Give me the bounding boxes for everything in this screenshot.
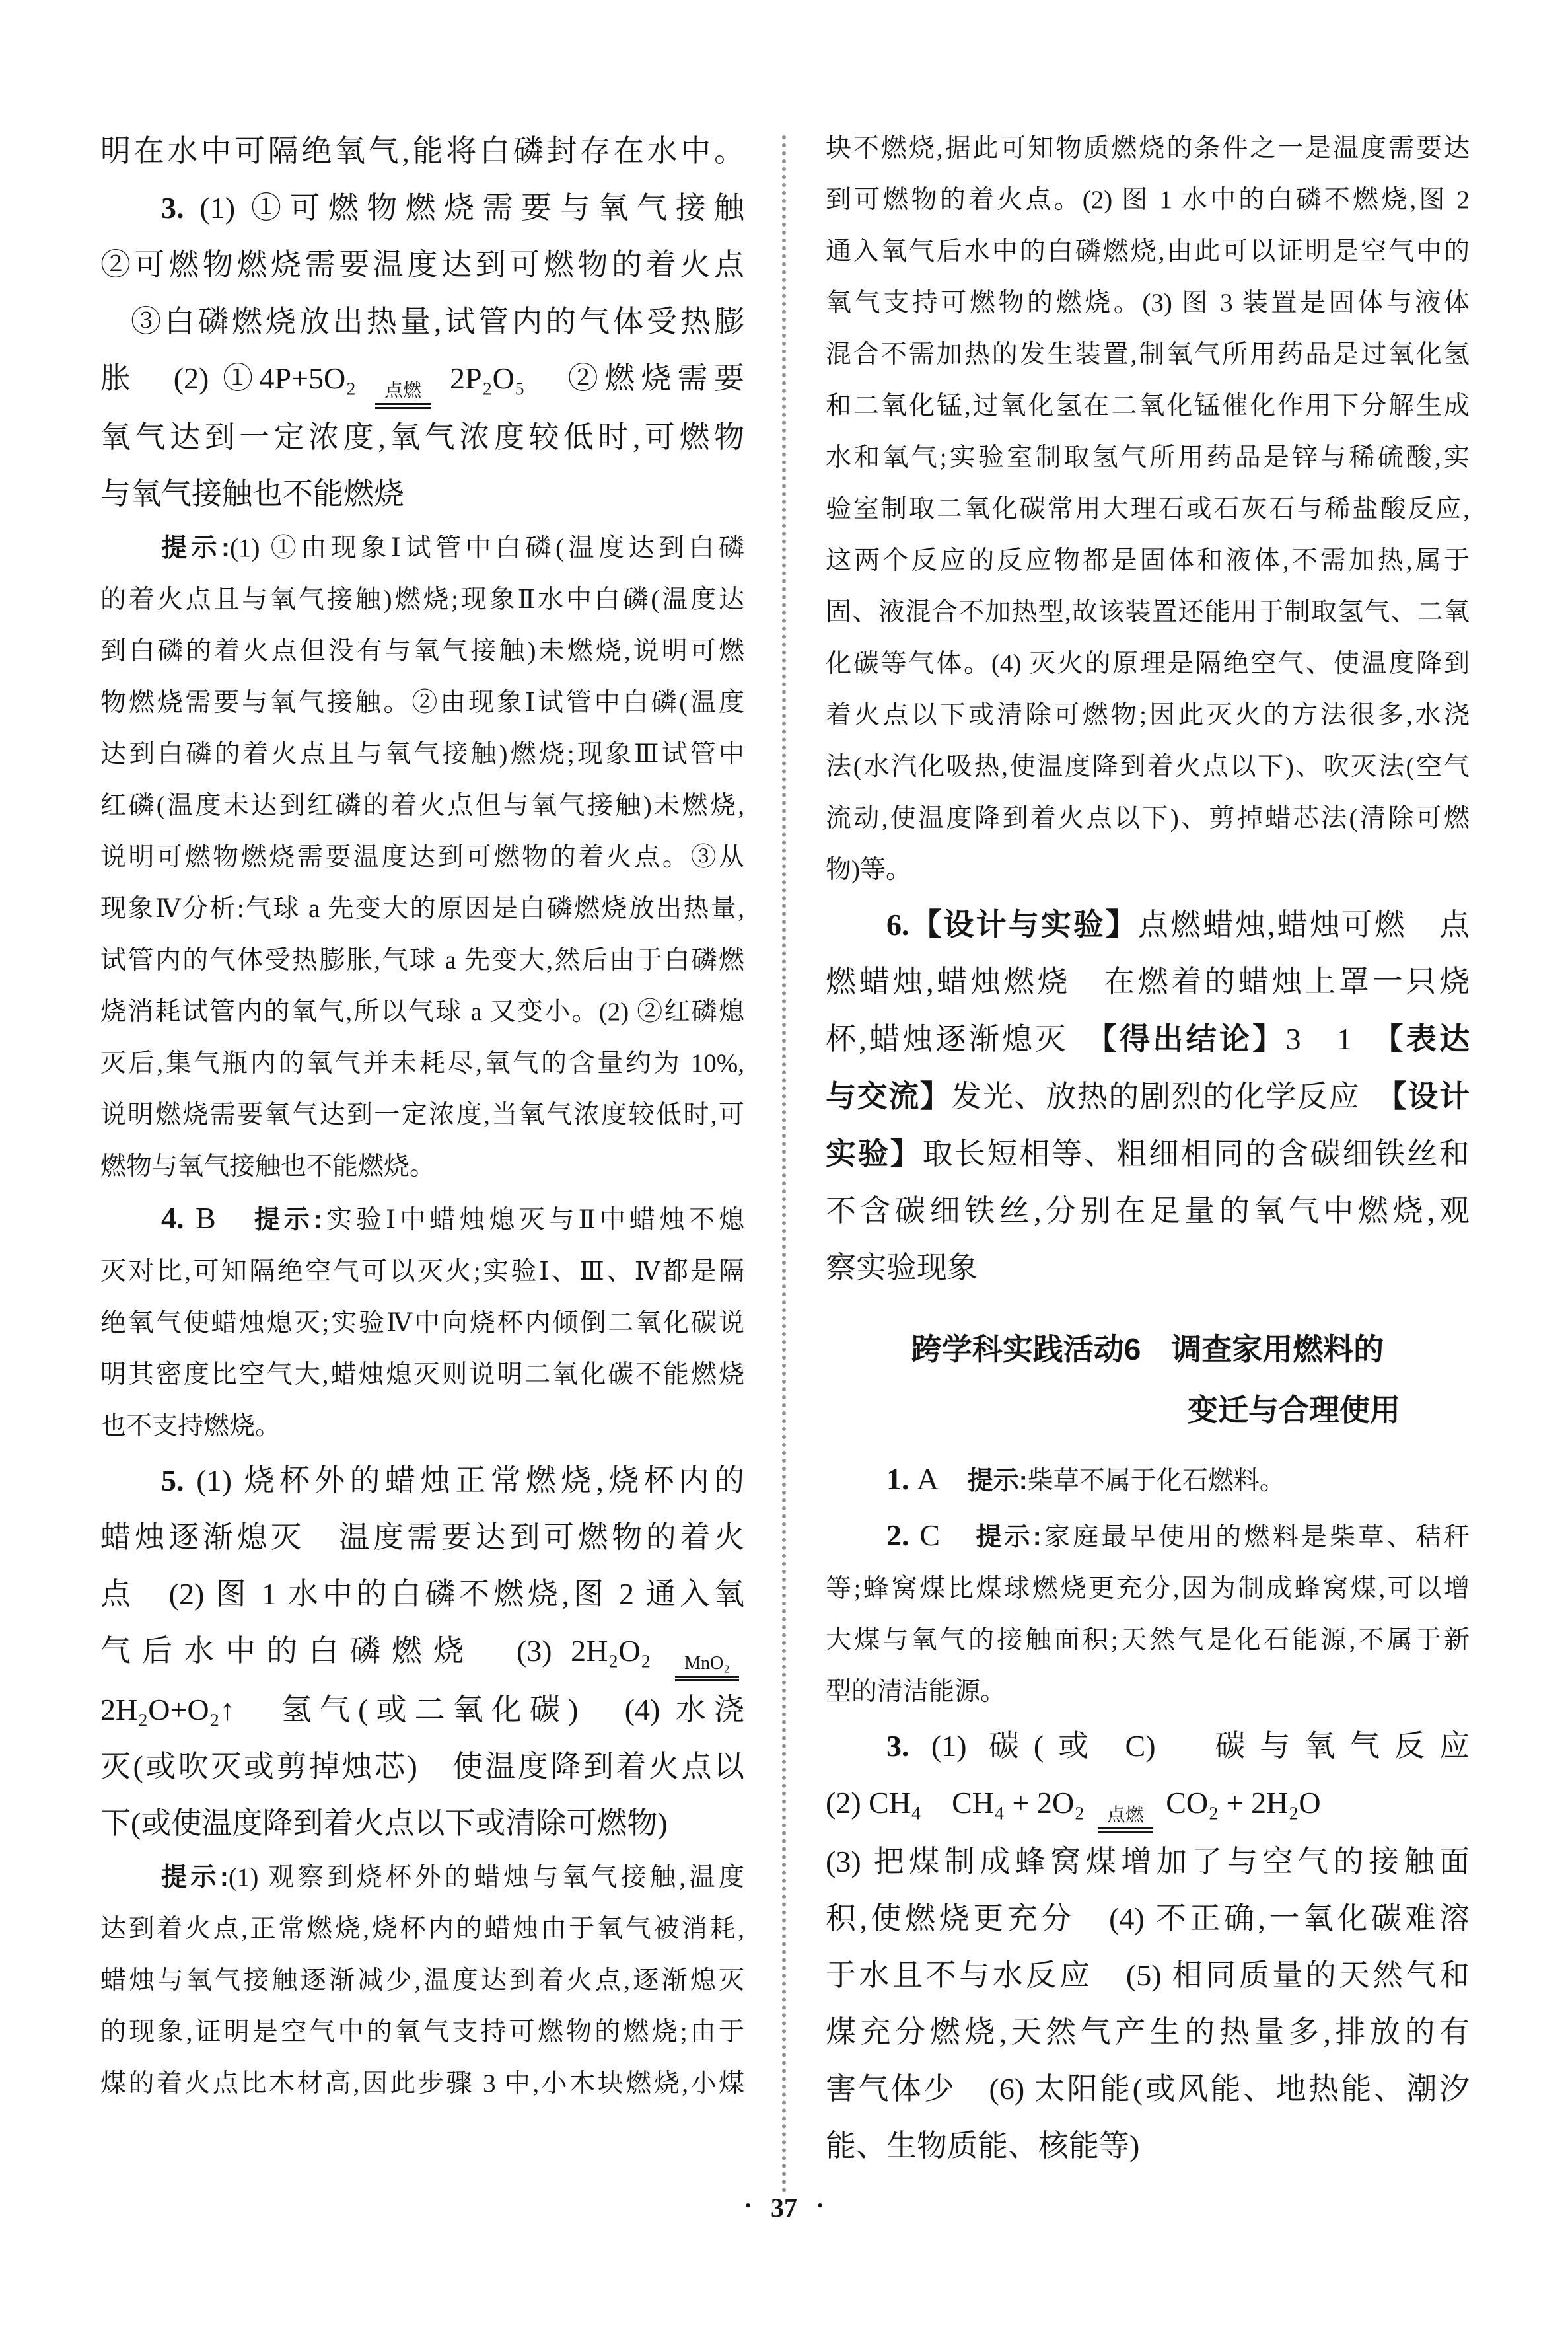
- text-segment: 氧气达到一定浓度,氧气浓度较低时,可燃物: [100, 420, 744, 454]
- text-segment: 灭对比,可知隔绝空气可以灭火;实验Ⅰ、Ⅲ、Ⅳ都是隔: [100, 1257, 744, 1286]
- text-segment: 等;蜂窝煤比煤球燃烧更充分,因为制成蜂窝煤,可以增: [826, 1574, 1470, 1603]
- text-line: 提示:(1) 观察到烧杯外的蜡烛与氧气接触,温度: [100, 1852, 744, 1903]
- text-segment: 点燃蜡烛,蜡烛可燃 点: [1138, 908, 1470, 941]
- text-line: 能、生物质能、核能等): [826, 2118, 1470, 2174]
- text-line: 说明可燃物燃烧需要温度达到可燃物的着火点。③从: [100, 832, 744, 883]
- text-segment: 燃蜡烛,蜡烛燃烧 在燃着的蜡烛上罩一只烧: [826, 965, 1470, 998]
- text-segment: 说明燃烧需要氧气达到一定浓度,当氧气浓度较低时,可: [100, 1101, 744, 1129]
- text-line: 验室制取二氧化碳常用大理石或石灰石与稀盐酸反应,: [826, 484, 1470, 535]
- bold-label-segment: 实验】: [826, 1136, 923, 1171]
- text-line: 流动,使温度降到着火点以下)、剪掉蜡芯法(清除可燃: [826, 793, 1470, 844]
- text-line: 块不燃烧,据此可知物质燃烧的条件之一是温度需要达: [826, 123, 1470, 174]
- text-segment: 达到白磷的着火点且与氧气接触)燃烧;现象Ⅲ试管中: [100, 740, 744, 768]
- text-segment: 水和氧气;实验室制取氢气所用药品是锌与稀硫酸,实: [826, 443, 1470, 472]
- text-segment: 明在水中可隔绝氧气,能将白磷封存在水中。: [100, 134, 744, 168]
- item-number: 1.: [886, 1462, 917, 1496]
- text-segment: 跨学科实践活动6 调查家用燃料的: [911, 1332, 1384, 1366]
- text-segment: 大煤与氧气的接触面积;天然气是化石能源,不属于新: [826, 1626, 1470, 1654]
- text-segment: 气后水中的白磷燃烧 (3) 2H₂O₂: [100, 1634, 670, 1668]
- text-segment: (1) 碳(或 C) 碳与氧气反应: [909, 1729, 1470, 1763]
- text-line: 2. C 提示:家庭最早使用的燃料是柴草、秸秆: [826, 1510, 1470, 1563]
- text-line: 物)等。: [826, 844, 1470, 896]
- text-segment: 固、液混合不加热型,故该装置还能用于制取氢气、二氧: [826, 598, 1470, 626]
- text-line: 燃物与氧气接触也不能燃烧。: [100, 1141, 744, 1193]
- text-segment: 物)等。: [826, 856, 911, 884]
- text-segment: 通入氧气后水中的白磷燃烧,由此可以证明是空气中的: [826, 237, 1470, 266]
- text-line: 达到白磷的着火点且与氧气接触)燃烧;现象Ⅲ试管中: [100, 729, 744, 780]
- text-segment: 点 (2) 图 1 水中的白磷不燃烧,图 2 通入氧: [100, 1577, 744, 1611]
- text-line: 明在水中可隔绝氧气,能将白磷封存在水中。: [100, 123, 744, 180]
- bold-label-segment: 提示:: [161, 534, 230, 562]
- text-line: 与氧气接触也不能燃烧: [100, 466, 744, 523]
- text-segment: 混合不需加热的发生装置,制氧气所用药品是过氧化氢: [826, 340, 1470, 369]
- text-line: 察实验现象: [826, 1239, 1470, 1296]
- text-segment: 煤的着火点比木材高,因此步骤 3 中,小木块燃烧,小煤: [100, 2069, 744, 2098]
- text-line: 型的清洁能源。: [826, 1666, 1470, 1718]
- bold-label-segment: 提示:: [161, 1863, 229, 1892]
- text-segment: (2) CH₄ CH₄ + 2O₂: [826, 1786, 1092, 1820]
- text-segment: 烧消耗试管内的氧气,所以气球 a 又变小。(2) ②红磷熄: [100, 998, 744, 1026]
- text-line: 煤充分燃烧,天然气产生的热量多,排放的有: [826, 2004, 1470, 2061]
- text-line: 燃蜡烛,蜡烛燃烧 在燃着的蜡烛上罩一只烧: [826, 953, 1470, 1010]
- text-line: 于水且不与水反应 (5) 相同质量的天然气和: [826, 1947, 1470, 2004]
- text-line: 实验】取长短相等、粗细相同的含碳细铁丝和: [826, 1125, 1470, 1183]
- text-segment: 化碳等气体。(4) 灭火的原理是隔绝空气、使温度降到: [826, 649, 1470, 678]
- text-segment: 3 1: [1285, 1022, 1388, 1056]
- text-line: 提示:(1) ①由现象Ⅰ试管中白磷(温度达到白磷: [100, 523, 744, 574]
- text-segment: 和二氧化锰,过氧化氢在二氧化锰催化作用下分解生成: [826, 392, 1470, 420]
- text-segment: 明其密度比空气大,蜡烛熄灭则说明二氧化碳不能燃烧: [100, 1360, 744, 1389]
- bold-label-segment: 提示:: [968, 1467, 1028, 1495]
- text-line: 这两个反应的反应物都是固体和液体,不需加热,属于: [826, 535, 1470, 587]
- text-line: 化碳等气体。(4) 灭火的原理是隔绝空气、使温度降到: [826, 638, 1470, 690]
- text-line: 杯,蜡烛逐渐熄灭 【得出结论】3 1 【表达: [826, 1010, 1470, 1068]
- bold-label-segment: 提示:: [976, 1523, 1041, 1551]
- text-line: 4. B 提示:实验Ⅰ中蜡烛熄灭与Ⅱ中蜡烛不熄: [100, 1193, 744, 1246]
- item-number: 2.: [886, 1518, 919, 1552]
- text-segment: 法(水汽化吸热,使温度降到着火点以下)、吹灭法(空气: [826, 753, 1470, 781]
- text-segment: ③白磷燃烧放出热量,试管内的气体受热膨: [131, 305, 744, 338]
- section-heading-line: 变迁与合理使用: [826, 1380, 1470, 1440]
- text-segment: 着火点以下或清除可燃物;因此灭火的方法很多,水浇: [826, 701, 1470, 729]
- text-segment: 取长短相等、粗细相同的含碳细铁丝和: [923, 1137, 1470, 1171]
- text-line: 胀 (2) ①4P+5O₂ 点燃 2P₂O₅ ②燃烧需要: [100, 350, 744, 409]
- text-segment: 验室制取二氧化碳常用大理石或石灰石与稀盐酸反应,: [826, 495, 1470, 523]
- text-line: 煤的着火点比木材高,因此步骤 3 中,小木块燃烧,小煤: [100, 2058, 744, 2110]
- text-segment: 这两个反应的反应物都是固体和液体,不需加热,属于: [826, 546, 1470, 575]
- text-line: 通入氧气后水中的白磷燃烧,由此可以证明是空气中的: [826, 226, 1470, 277]
- text-line: 气后水中的白磷燃烧 (3) 2H₂O₂ MnO₂: [100, 1623, 744, 1681]
- text-line: 氧气支持可燃物的燃烧。(3) 图 3 装置是固体与液体: [826, 277, 1470, 329]
- text-line: 蜡烛逐渐熄灭 温度需要达到可燃物的着火: [100, 1509, 744, 1566]
- text-line: 水和氧气;实验室制取氢气所用药品是锌与稀硫酸,实: [826, 432, 1470, 484]
- text-line: 3. (1) 碳(或 C) 碳与氧气反应: [826, 1718, 1470, 1775]
- page-footer: •37•: [0, 2192, 1568, 2223]
- text-line: ②可燃物燃烧需要温度达到可燃物的着火点: [100, 237, 744, 293]
- text-line: 1. A 提示:柴草不属于化石燃料。: [826, 1451, 1470, 1510]
- text-segment: 也不支持燃烧。: [100, 1412, 281, 1440]
- text-line: 到可燃物的着火点。(2) 图 1 水中的白磷不燃烧,图 2: [826, 174, 1470, 226]
- text-line: 达到着火点,正常燃烧,烧杯内的蜡烛由于氧气被消耗,: [100, 1903, 744, 1955]
- text-line: ③白磷燃烧放出热量,试管内的气体受热膨: [100, 293, 744, 350]
- text-segment: ②可燃物燃烧需要温度达到可燃物的着火点: [100, 248, 744, 281]
- text-line: 大煤与氧气的接触面积;天然气是化石能源,不属于新: [826, 1615, 1470, 1666]
- item-number: 3.: [886, 1729, 909, 1763]
- item-number: 6.: [886, 908, 909, 941]
- right-column: 块不燃烧,据此可知物质燃烧的条件之一是温度需要达到可燃物的着火点。(2) 图 1…: [826, 123, 1470, 2174]
- text-line: 固、液混合不加热型,故该装置还能用于制取氢气、二氧: [826, 587, 1470, 638]
- bold-label-segment: 【设计: [1392, 1079, 1470, 1113]
- text-segment: 达到着火点,正常燃烧,烧杯内的蜡烛由于氧气被消耗,: [100, 1915, 744, 1943]
- text-line: 5. (1) 烧杯外的蜡烛正常燃烧,烧杯内的: [100, 1452, 744, 1509]
- text-line: 不含碳细铁丝,分别在足量的氧气中燃烧,观: [826, 1183, 1470, 1239]
- text-line: 2H₂O+O₂↑ 氢气(或二氧化碳) (4) 水浇: [100, 1681, 744, 1738]
- text-line: (2) CH₄ CH₄ + 2O₂ 点燃 CO₂ + 2H₂O: [826, 1775, 1470, 1833]
- text-line: 灭对比,可知隔绝空气可以灭火;实验Ⅰ、Ⅲ、Ⅳ都是隔: [100, 1246, 744, 1298]
- text-line: 到白磷的着火点但没有与氧气接触)未燃烧,说明可燃: [100, 626, 744, 677]
- text-line: 红磷(温度未达到红磷的着火点但与氧气接触)未燃烧,: [100, 780, 744, 832]
- text-line: 说明燃烧需要氧气达到一定浓度,当氧气浓度较低时,可: [100, 1089, 744, 1141]
- text-segment: 到可燃物的着火点。(2) 图 1 水中的白磷不燃烧,图 2: [826, 186, 1470, 214]
- text-line: 绝氧气使蜡烛熄灭;实验Ⅳ中向烧杯内倾倒二氧化碳说: [100, 1298, 744, 1349]
- text-line: 氧气达到一定浓度,氧气浓度较低时,可燃物: [100, 409, 744, 466]
- text-segment: 型的清洁能源。: [826, 1678, 1006, 1706]
- text-segment: C: [919, 1518, 976, 1552]
- bold-label-segment: 提示:: [254, 1206, 322, 1234]
- footer-dot-right: •: [817, 2196, 823, 2215]
- text-line: (3) 把煤制成蜂窝煤增加了与空气的接触面: [826, 1833, 1470, 1890]
- text-segment: 2P₂O₅ ②燃烧需要: [436, 361, 744, 395]
- page-number: 37: [771, 2193, 797, 2223]
- text-segment: 家庭最早使用的燃料是柴草、秸秆: [1042, 1523, 1470, 1551]
- text-segment: A: [917, 1462, 968, 1496]
- text-segment: 发光、放热的剧烈的化学反应: [951, 1080, 1391, 1113]
- text-line: 与交流】发光、放热的剧烈的化学反应 【设计: [826, 1068, 1470, 1125]
- text-segment: 煤充分燃烧,天然气产生的热量多,排放的有: [826, 2015, 1470, 2049]
- text-line: 着火点以下或清除可燃物;因此灭火的方法很多,水浇: [826, 690, 1470, 741]
- text-segment: 灭(或吹灭或剪掉烛芯) 使温度降到着火点以: [100, 1750, 744, 1783]
- text-line: 3. (1) ①可燃物燃烧需要与氧气接触: [100, 180, 744, 237]
- text-segment: 块不燃烧,据此可知物质燃烧的条件之一是温度需要达: [826, 134, 1470, 163]
- text-segment: 胀 (2) ①4P+5O₂: [100, 361, 370, 395]
- text-line: 等;蜂窝煤比煤球燃烧更充分,因为制成蜂窝煤,可以增: [826, 1563, 1470, 1615]
- text-segment: 到白磷的着火点但没有与氧气接触)未燃烧,说明可燃: [100, 637, 744, 665]
- text-segment: 氧气支持可燃物的燃烧。(3) 图 3 装置是固体与液体: [826, 289, 1470, 317]
- reaction-condition-label: 点燃: [1098, 1805, 1153, 1833]
- footer-dot-left: •: [745, 2196, 751, 2215]
- text-line: 现象Ⅳ分析:气球 a 先变大的原因是白磷燃烧放出热量,: [100, 883, 744, 935]
- text-line: 混合不需加热的发生装置,制氧气所用药品是过氧化氢: [826, 329, 1470, 381]
- text-segment: 燃物与氧气接触也不能燃烧。: [100, 1152, 435, 1181]
- text-segment: 能、生物质能、核能等): [826, 2129, 1139, 2162]
- text-line: 害气体少 (6) 太阳能(或风能、地热能、潮汐: [826, 2061, 1470, 2118]
- text-segment: 变迁与合理使用: [1188, 1393, 1400, 1427]
- text-segment: 蜡烛与氧气接触逐渐减少,温度达到着火点,逐渐熄灭: [100, 1966, 744, 1995]
- text-segment: 红磷(温度未达到红磷的着火点但与氧气接触)未燃烧,: [100, 792, 744, 820]
- text-segment: 灭后,集气瓶内的氧气并未耗尽,氧气的含量约为 10%,: [100, 1049, 744, 1078]
- text-segment: (3) 把煤制成蜂窝煤增加了与空气的接触面: [826, 1845, 1470, 1878]
- answer-key-page: { "footer": { "left_dot": "•", "number":…: [0, 0, 1568, 2325]
- text-segment: 察实验现象: [826, 1251, 978, 1284]
- bold-label-segment: 【表达: [1388, 1021, 1470, 1056]
- item-number: 3.: [161, 191, 184, 225]
- text-segment: (1) ①可燃物燃烧需要与氧气接触: [184, 191, 745, 225]
- bold-label-segment: 【设计与实验】: [909, 907, 1138, 941]
- text-line: 的现象,证明是空气中的氧气支持可燃物的燃烧;由于: [100, 2007, 744, 2058]
- text-segment: 的着火点且与氧气接触)燃烧;现象Ⅱ水中白磷(温度达: [100, 585, 744, 614]
- text-segment: 杯,蜡烛逐渐熄灭: [826, 1022, 1102, 1056]
- text-line: 的着火点且与氧气接触)燃烧;现象Ⅱ水中白磷(温度达: [100, 574, 744, 626]
- text-segment: 积,使燃烧更充分 (4) 不正确,一氧化碳难溶: [826, 1901, 1470, 1935]
- text-segment: 柴草不属于化石燃料。: [1028, 1467, 1285, 1495]
- text-segment: 害气体少 (6) 太阳能(或风能、地热能、潮汐: [826, 2072, 1470, 2106]
- section-heading-line: 跨学科实践活动6 调查家用燃料的: [826, 1319, 1470, 1380]
- text-segment: 实验Ⅰ中蜡烛熄灭与Ⅱ中蜡烛不熄: [322, 1206, 744, 1234]
- text-segment: 说明可燃物燃烧需要温度达到可燃物的着火点。③从: [100, 843, 744, 871]
- text-segment: (1) 观察到烧杯外的蜡烛与氧气接触,温度: [229, 1863, 744, 1892]
- text-line: 6.【设计与实验】点燃蜡烛,蜡烛可燃 点: [826, 896, 1470, 953]
- text-line: 下(或使温度降到着火点以下或清除可燃物): [100, 1795, 744, 1852]
- reaction-condition-label: 点燃: [375, 381, 431, 409]
- text-segment: 现象Ⅳ分析:气球 a 先变大的原因是白磷燃烧放出热量,: [100, 895, 744, 923]
- text-line: 法(水汽化吸热,使温度降到着火点以下)、吹灭法(空气: [826, 741, 1470, 793]
- text-segment: 于水且不与水反应 (5) 相同质量的天然气和: [826, 1958, 1470, 1992]
- text-segment: 流动,使温度降到着火点以下)、剪掉蜡芯法(清除可燃: [826, 804, 1470, 832]
- text-segment: B: [196, 1201, 254, 1235]
- text-segment: (1) 烧杯外的蜡烛正常燃烧,烧杯内的: [184, 1463, 745, 1497]
- text-line: 和二氧化锰,过氧化氢在二氧化锰催化作用下分解生成: [826, 381, 1470, 432]
- text-line: 蜡烛与氧气接触逐渐减少,温度达到着火点,逐渐熄灭: [100, 1955, 744, 2007]
- column-divider: [782, 135, 786, 2194]
- text-segment: 2H₂O+O₂↑ 氢气(或二氧化碳) (4) 水浇: [100, 1693, 744, 1726]
- left-column: 明在水中可隔绝氧气,能将白磷封存在水中。3. (1) ①可燃物燃烧需要与氧气接触…: [100, 123, 744, 2110]
- text-segment: 物燃烧需要与氧气接触。②由现象Ⅰ试管中白磷(温度: [100, 688, 744, 717]
- text-line: 灭(或吹灭或剪掉烛芯) 使温度降到着火点以: [100, 1738, 744, 1795]
- text-segment: 绝氧气使蜡烛熄灭;实验Ⅳ中向烧杯内倾倒二氧化碳说: [100, 1309, 744, 1337]
- text-line: 明其密度比空气大,蜡烛熄灭则说明二氧化碳不能燃烧: [100, 1349, 744, 1401]
- text-line: 积,使燃烧更充分 (4) 不正确,一氧化碳难溶: [826, 1890, 1470, 1947]
- text-line: 灭后,集气瓶内的氧气并未耗尽,氧气的含量约为 10%,: [100, 1038, 744, 1089]
- text-line: 点 (2) 图 1 水中的白磷不燃烧,图 2 通入氧: [100, 1566, 744, 1623]
- item-number: 5.: [161, 1463, 184, 1497]
- reaction-condition-label: MnO₂: [675, 1653, 739, 1681]
- text-segment: 蜡烛逐渐熄灭 温度需要达到可燃物的着火: [100, 1520, 744, 1554]
- text-line: 烧消耗试管内的氧气,所以气球 a 又变小。(2) ②红磷熄: [100, 986, 744, 1038]
- text-line: 试管内的气体受热膨胀,气球 a 先变大,然后由于白磷燃: [100, 935, 744, 986]
- text-segment: 下(或使温度降到着火点以下或清除可燃物): [100, 1806, 668, 1840]
- text-segment: 的现象,证明是空气中的氧气支持可燃物的燃烧;由于: [100, 2018, 744, 2046]
- text-segment: 试管内的气体受热膨胀,气球 a 先变大,然后由于白磷燃: [100, 946, 744, 975]
- bold-label-segment: 与交流】: [826, 1079, 951, 1113]
- text-segment: 不含碳细铁丝,分别在足量的氧气中燃烧,观: [826, 1194, 1470, 1228]
- text-line: 物燃烧需要与氧气接触。②由现象Ⅰ试管中白磷(温度: [100, 677, 744, 729]
- item-number: 4.: [161, 1201, 196, 1235]
- bold-label-segment: 【得出结论】: [1102, 1021, 1286, 1056]
- text-line: 也不支持燃烧。: [100, 1401, 744, 1452]
- text-segment: 与氧气接触也不能燃烧: [100, 477, 404, 511]
- text-segment: (1) ①由现象Ⅰ试管中白磷(温度达到白磷: [230, 534, 744, 562]
- text-segment: CO₂ + 2H₂O: [1158, 1786, 1321, 1820]
